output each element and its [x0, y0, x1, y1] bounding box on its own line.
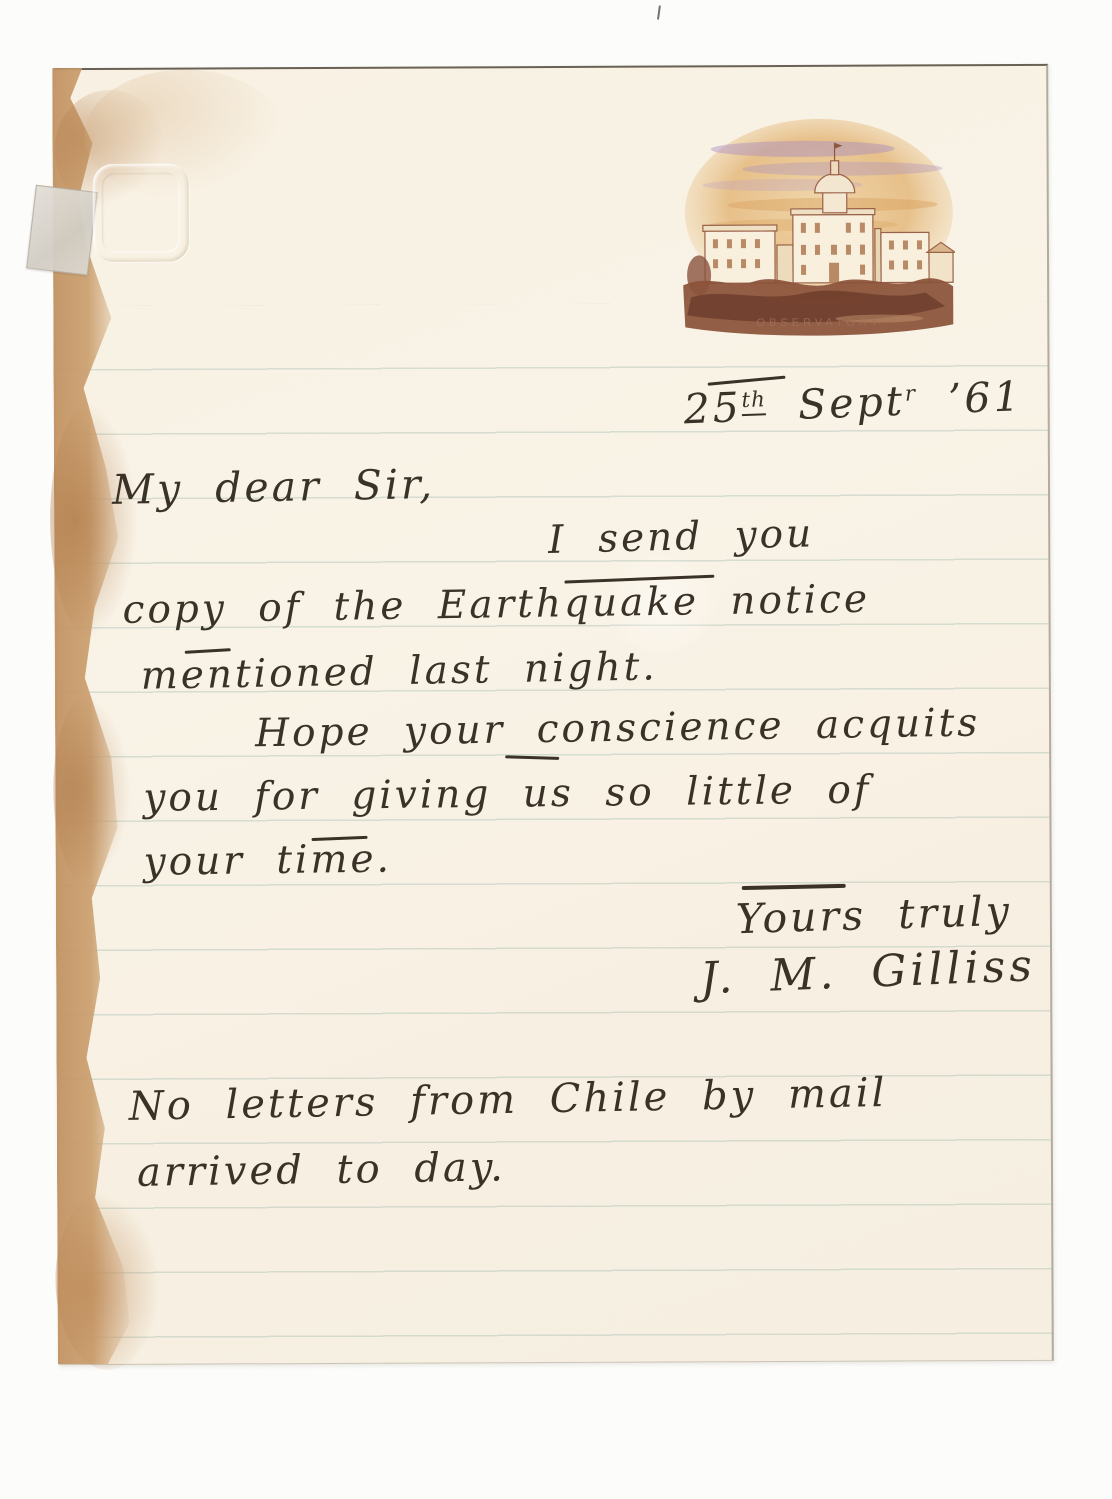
date-day: 25: [683, 383, 743, 433]
date-year: ’61: [947, 372, 1023, 423]
embossed-seal: [93, 164, 189, 262]
signature: J. M. Gilliss: [699, 940, 1037, 1004]
pen-stroke-under-conscience: [505, 755, 559, 760]
tape-residue: [26, 185, 97, 276]
letterhead-caption: OBSERVATORY: [683, 316, 955, 329]
date-month-suffix: r: [904, 381, 916, 406]
date-month: Sept: [797, 377, 906, 429]
left-wing-parapet: [703, 225, 777, 231]
scanned-letter: OBSERVATORY 25th Septr ’61 My dear Sir, …: [0, 0, 1112, 1499]
postscript-line: arrived to day.: [137, 1144, 506, 1195]
body-line: your time.: [143, 837, 392, 885]
body-line: Hope your conscience acquits: [255, 701, 981, 757]
observatory-engraving: [682, 112, 955, 348]
date-day-ordinal: th: [741, 387, 766, 416]
right-connector: [875, 229, 881, 283]
body-line: mentioned last night.: [140, 644, 658, 698]
connector-wing: [777, 245, 793, 283]
body-line: copy of the Earthquake notice: [122, 577, 870, 633]
body-line: you for giving us so little of: [143, 768, 871, 821]
outbuilding: [929, 252, 953, 282]
date-line: 25th Septr ’61: [683, 372, 1024, 433]
letter-page: OBSERVATORY 25th Septr ’61 My dear Sir, …: [53, 64, 1054, 1365]
body-line: I send you: [548, 511, 815, 563]
top-edge-speck: [657, 5, 661, 19]
letterhead-vignette: OBSERVATORY: [682, 112, 955, 348]
left-wing: [705, 231, 775, 283]
postscript-line: No letters from Chile by mail: [128, 1070, 887, 1130]
dome-drum: [823, 191, 847, 213]
salutation: My dear Sir,: [112, 460, 436, 514]
right-wing: [881, 232, 929, 282]
pen-stroke-over-truly: [742, 884, 846, 890]
dome-lantern: [831, 161, 839, 175]
closing: Yours truly: [735, 887, 1012, 943]
